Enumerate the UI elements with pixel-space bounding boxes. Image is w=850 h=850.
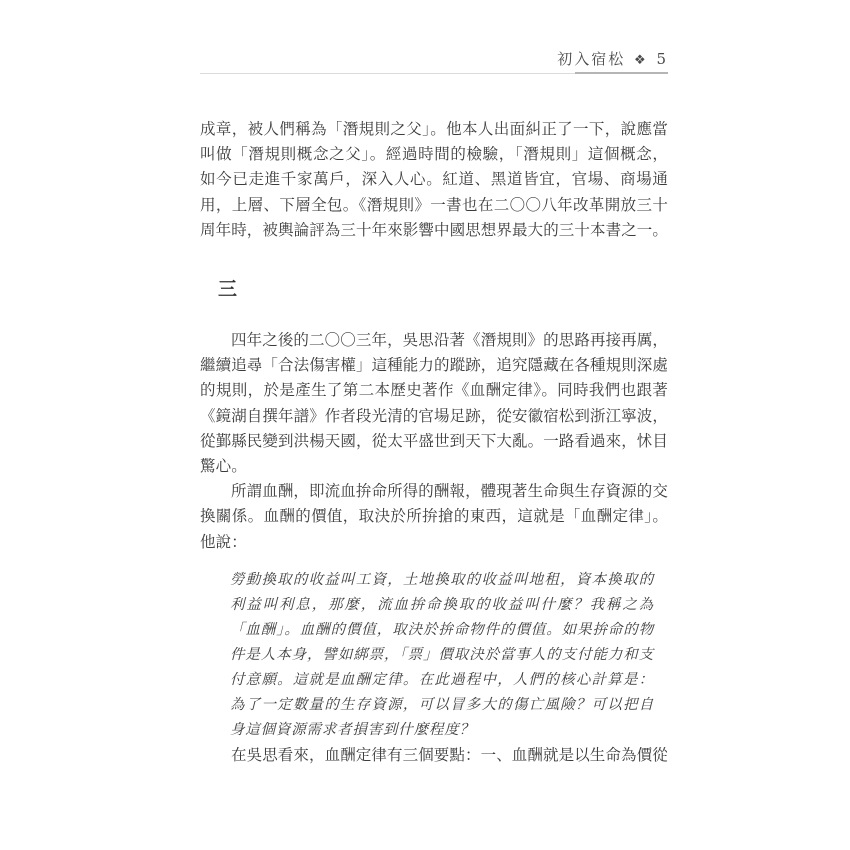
ornament-diamond-icon: ❖ [632,53,650,68]
running-header: 初入宿松 ❖ 5 [200,48,668,69]
header-rule-dark [575,72,668,74]
paragraph: 四年之後的二〇〇三年，吳思沿著《潛規則》的思路再接再厲，繼續追尋「合法傷害權」這… [200,328,668,479]
page-number: 5 [656,50,668,68]
chapter-title: 初入宿松 [557,50,625,68]
paragraph-closing: 在吳思看來，血酬定律有三個要點：一、血酬就是以生命為價從 [200,743,668,768]
quote-text: 勞動換取的收益叫工資，土地換取的收益叫地租，資本換取的利益叫利息，那麼，流血拚命… [230,568,654,743]
page-body: 成章，被人們稱為「潛規則之父」。他本人出面糾正了一下，說應當叫做「潛規則概念之父… [200,117,668,768]
paragraph-continuation: 成章，被人們稱為「潛規則之父」。他本人出面糾正了一下，說應當叫做「潛規則概念之父… [200,117,668,243]
book-page: 初入宿松 ❖ 5 成章，被人們稱為「潛規則之父」。他本人出面糾正了一下，說應當叫… [0,0,850,850]
block-quote: 勞動換取的收益叫工資，土地換取的收益叫地租，資本換取的利益叫利息，那麼，流血拚命… [200,568,668,743]
paragraph: 所謂血酬，即流血拚命所得的酬報，體現著生命與生存資源的交換關係。血酬的價值，取決… [200,479,668,555]
header-rule-light [200,73,575,74]
section-marker: 三 [218,277,668,302]
